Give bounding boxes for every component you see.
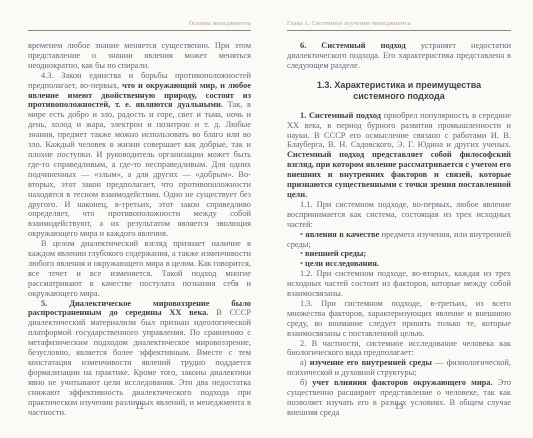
paragraph: 1.2. При системном подходе, во-вторых, к… bbox=[287, 269, 511, 299]
page-right: Глава 1. Системное изучение менеджмента … bbox=[287, 20, 511, 420]
paragraph: 2. В частности, системное исследование ч… bbox=[287, 339, 511, 359]
paragraph: • внешней среды; bbox=[287, 249, 511, 259]
header-rule bbox=[28, 30, 251, 31]
page-header: Глава 1. Системное изучение менеджмента bbox=[287, 20, 511, 31]
paragraph: 6. Системный подход устраняет недостатки… bbox=[287, 41, 511, 71]
paragraph: • цели исследования. bbox=[287, 259, 511, 269]
paragraph: 4.3. Закон единства и борьбы противополо… bbox=[28, 71, 251, 239]
bold-text-run: внешней среды; bbox=[305, 249, 366, 258]
page-body: 6. Системный подход устраняет недостатки… bbox=[287, 41, 511, 418]
paragraph: • явления в качестве предмета изучения, … bbox=[287, 230, 511, 250]
paragraph: временем любое знание меняется существен… bbox=[28, 41, 251, 71]
paragraph: 1. Системный подход приобрел популярност… bbox=[287, 111, 511, 200]
book-spread: Основы менеджмента временем любое знание… bbox=[0, 0, 533, 438]
paragraph: а) изучение его внутренней среды — физио… bbox=[287, 358, 511, 378]
text-run: б) bbox=[300, 378, 312, 387]
bold-text-run: Системный подход представляет собой фило… bbox=[287, 150, 511, 199]
paragraph: В целом диалектический взгляд признает н… bbox=[28, 239, 251, 298]
paragraph: 1.3. При системном подходе, в-третьих, и… bbox=[287, 299, 511, 339]
page-body: временем любое знание меняется существен… bbox=[28, 41, 251, 417]
page-header: Основы менеджмента bbox=[28, 20, 251, 31]
bold-text-run: явления в качестве bbox=[305, 230, 379, 239]
header-rule bbox=[287, 30, 511, 31]
paragraph: б) учет влияния факторов окружающего мир… bbox=[287, 378, 511, 418]
running-head: Основы менеджмента bbox=[28, 20, 251, 28]
text-run: 1.1. При системном подходе, во-первых, л… bbox=[287, 200, 511, 229]
text-run: В целом диалектический взгляд признает н… bbox=[28, 239, 251, 298]
running-head: Глава 1. Системное изучение менеджмента bbox=[287, 20, 511, 28]
section-heading: 1.3. Характеристика и преимущества систе… bbox=[301, 80, 497, 103]
text-run: 1.2. При системном подходе, во-вторых, к… bbox=[287, 269, 511, 298]
bold-text-run: 1. Системный подход bbox=[300, 111, 381, 120]
page-left: Основы менеджмента временем любое знание… bbox=[28, 20, 251, 420]
page-number: 13 bbox=[287, 401, 511, 411]
text-run: временем любое знание меняется существен… bbox=[28, 41, 251, 70]
text-run: а) bbox=[300, 358, 310, 367]
bold-text-run: учет влияния факторов окружающего мира. bbox=[312, 378, 492, 387]
page-number: 12 bbox=[28, 401, 251, 411]
bold-text-run: цели исследования. bbox=[305, 259, 379, 268]
text-run: 1.3. При системном подходе, в-третьих, и… bbox=[287, 299, 511, 338]
bold-text-run: 6. Системный подход bbox=[300, 41, 406, 50]
bold-text-run: изучение его внутренней среды bbox=[310, 358, 432, 367]
text-run: Так, в мире есть добро и зло, радость и … bbox=[28, 100, 251, 238]
text-run: 2. В частности, системное исследование ч… bbox=[287, 339, 511, 358]
paragraph: 5. Диалектическое мировоззрение было рас… bbox=[28, 299, 251, 418]
paragraph: 1.1. При системном подходе, во-первых, л… bbox=[287, 200, 511, 230]
